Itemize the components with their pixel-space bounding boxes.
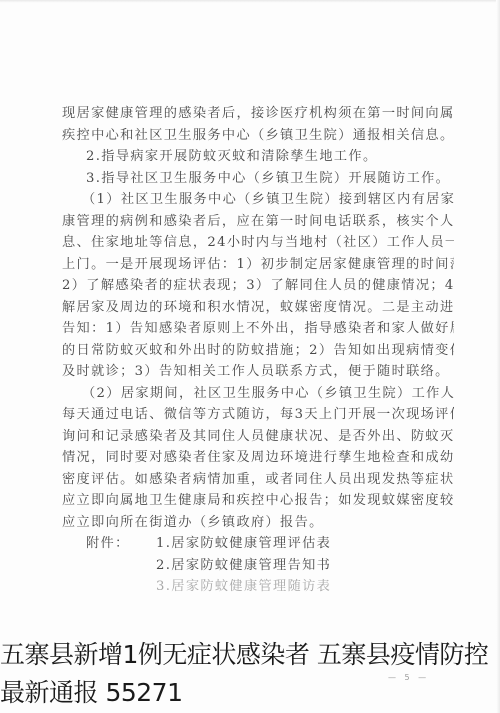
image-caption: 五寨县新增1例无症状感染者 五寨县疫情防控 最新通报 55271	[0, 636, 500, 712]
document-line: 息、住家地址等信息，24小时内与当地村（社区）工作人员一同	[62, 232, 454, 254]
document-line: 每天通过电话、微信等方式随访，每3天上门开展一次现场评估，	[62, 404, 454, 426]
document-line: 密度评估。如感染者病情加重，或者同住人员出现发热等症状，	[62, 469, 454, 491]
document-line-item-3: 3.指导社区卫生服务中心（乡镇卫生院）开展随访工作。	[62, 168, 454, 190]
attachment-item-3: 3.居家防蚊健康管理随访表	[156, 576, 331, 598]
attachments-label: 附件：	[62, 533, 156, 555]
document-line: 的日常防蚊灭蚊和外出时的防蚊措施；2）告知如出现病情变化，	[62, 340, 454, 362]
attachment-row: 附件： 1.居家防蚊健康管理评估表	[62, 533, 454, 555]
document-line: 上门。一是开展现场评估：1）初步制定居家健康管理的时间范围；	[62, 254, 454, 276]
scan-edge-top	[0, 0, 500, 3]
document-body: 现居家健康管理的感染者后，接诊医疗机构须在第一时间向属地 疾控中心和社区卫生服务…	[62, 103, 454, 598]
scan-edge-right	[496, 0, 500, 713]
document-line-subitem-1: （1）社区卫生服务中心（乡镇卫生院）接到辖区内有居家健	[62, 189, 454, 211]
document-line: 询问和记录感染者及其同住人员健康状况、是否外出、防蚊灭蚊	[62, 426, 454, 448]
attachment-row: 2.居家防蚊健康管理告知书	[62, 555, 454, 577]
document-line-item-2: 2.指导病家开展防蚊灭蚊和清除孳生地工作。	[62, 146, 454, 168]
document-line-subitem-2: （2）居家期间，社区卫生服务中心（乡镇卫生院）工作人员	[62, 383, 454, 405]
document-line: 及时就诊；3）告知相关工作人员联系方式，便于随时联络。	[62, 361, 454, 383]
document-line: 康管理的病例和感染者后，应在第一时间电话联系，核实个人信	[62, 211, 454, 233]
attachment-row: 3.居家防蚊健康管理随访表	[62, 576, 454, 598]
document-line: 解居家及周边的环境和积水情况，蚊媒密度情况。二是主动进行	[62, 297, 454, 319]
document-line: 应立即向属地卫生健康局和疾控中心报告；如发现蚊媒密度较高，	[62, 490, 454, 512]
document-line: 应立即向所在街道办（乡镇政府）报告。	[62, 512, 454, 534]
caption-line-1: 五寨县新增1例无症状感染者 五寨县疫情防控	[0, 636, 500, 674]
document-line: 2）了解感染者的症状表现；3）了解同住人员的健康情况；4）了	[62, 275, 454, 297]
document-line: 疾控中心和社区卫生服务中心（乡镇卫生院）通报相关信息。	[62, 125, 454, 147]
caption-line-2: 最新通报 55271	[0, 674, 500, 712]
attachment-item-1: 1.居家防蚊健康管理评估表	[156, 533, 331, 555]
document-line: 情况，同时要对感染者住家及周边环境进行孳生地检查和成幼蚊	[62, 447, 454, 469]
document-line: 现居家健康管理的感染者后，接诊医疗机构须在第一时间向属地	[62, 103, 454, 125]
scanned-document-page: 现居家健康管理的感染者后，接诊医疗机构须在第一时间向属地 疾控中心和社区卫生服务…	[0, 0, 500, 713]
attachment-item-2: 2.居家防蚊健康管理告知书	[156, 555, 331, 577]
document-line: 告知：1）告知感染者原则上不外出，指导感染者和家人做好居家	[62, 318, 454, 340]
